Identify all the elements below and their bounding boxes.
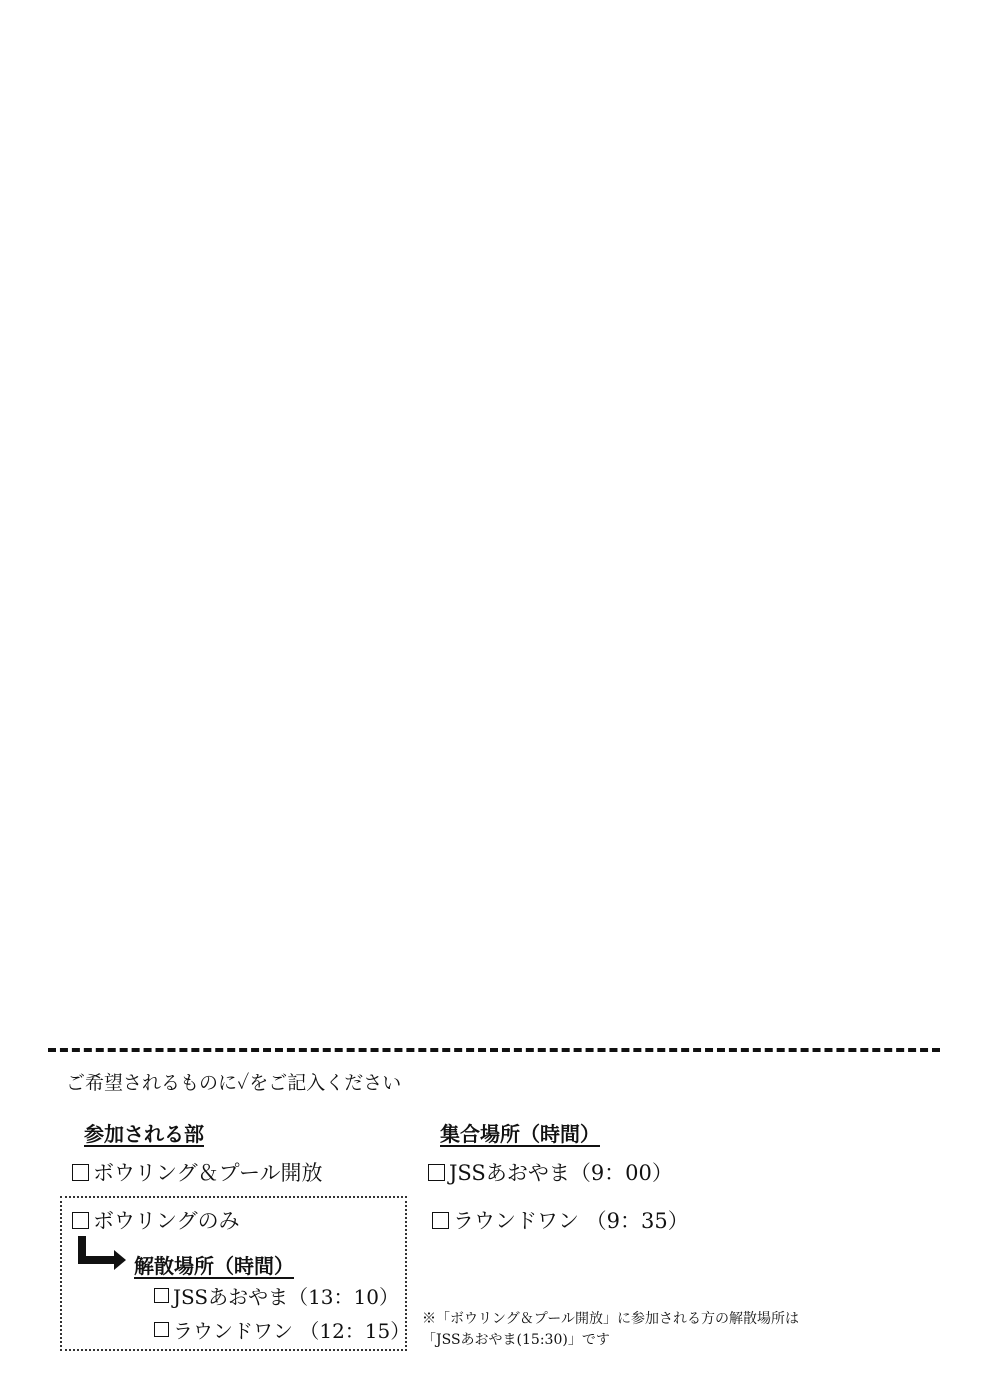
instruction-text: ご希望されるものに✓をご記入ください: [66, 1068, 401, 1095]
checkbox[interactable]: [72, 1164, 89, 1181]
note-line-1: ※「ボウリング＆プール開放」に参加される方の解散場所は: [422, 1309, 799, 1330]
checkbox[interactable]: [72, 1212, 89, 1229]
note-line-2: 「JSSあおやま(15:30)」です: [422, 1330, 799, 1351]
option-label: JSSあおやま（9：00）: [449, 1157, 673, 1187]
elbow-arrow-icon: [76, 1236, 128, 1270]
participation-heading: 参加される部: [84, 1118, 204, 1147]
checkbox[interactable]: [432, 1212, 449, 1229]
option-meet-jss-aoyama[interactable]: JSSあおやま（9：00）: [428, 1157, 673, 1187]
option-disband-round-one[interactable]: ラウンドワン （12：15）: [154, 1315, 410, 1344]
option-label: ボウリングのみ: [93, 1205, 240, 1235]
option-disband-jss-aoyama[interactable]: JSSあおやま（13：10）: [154, 1281, 399, 1310]
option-label: ボウリング＆プール開放: [93, 1157, 323, 1187]
checkbox[interactable]: [154, 1288, 169, 1303]
option-meet-round-one[interactable]: ラウンドワン （9：35）: [432, 1205, 689, 1235]
disband-heading: 解散場所（時間）: [134, 1250, 294, 1279]
option-label: ラウンドワン （12：15）: [173, 1315, 410, 1344]
disband-note: ※「ボウリング＆プール開放」に参加される方の解散場所は 「JSSあおやま(15:…: [422, 1309, 799, 1351]
checkbox[interactable]: [154, 1322, 169, 1337]
option-label: JSSあおやま（13：10）: [173, 1281, 399, 1310]
option-bowling-only[interactable]: ボウリングのみ: [72, 1205, 240, 1235]
meeting-heading: 集合場所（時間）: [440, 1118, 600, 1147]
option-bowling-and-pool[interactable]: ボウリング＆プール開放: [72, 1157, 323, 1187]
checkbox[interactable]: [428, 1164, 445, 1181]
option-label: ラウンドワン （9：35）: [453, 1205, 689, 1235]
cut-line-divider: [48, 1048, 940, 1052]
